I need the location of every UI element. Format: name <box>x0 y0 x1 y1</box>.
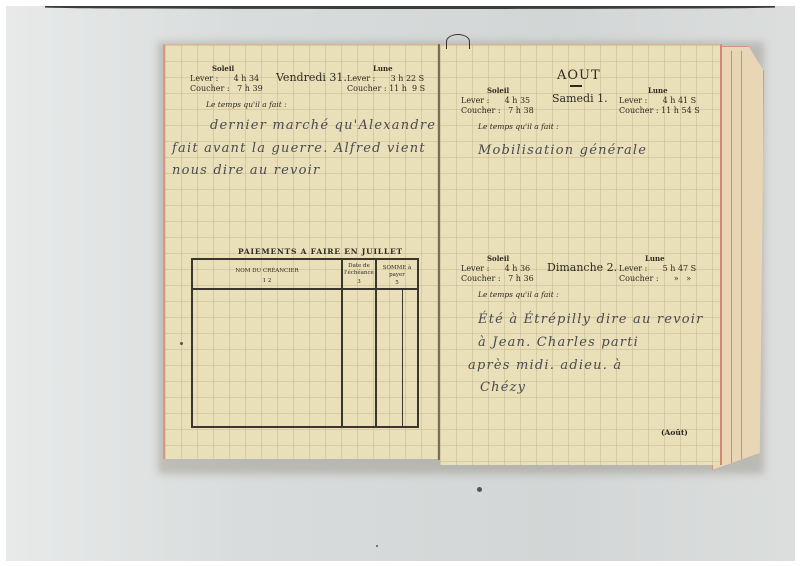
month-rule <box>570 85 582 87</box>
scanner-edge <box>45 6 775 9</box>
column-divider <box>402 288 403 426</box>
column-header-somme: SOMME à payer <box>377 265 417 279</box>
lune-lever: Lever : 4 h 41 S <box>619 96 696 105</box>
soleil-coucher: Coucher : 7 h 38 <box>461 106 534 115</box>
soleil-label: Soleil <box>487 254 509 263</box>
month-title: AOUT <box>557 68 601 83</box>
day-title: Dimanche 2. <box>547 261 617 274</box>
lune-coucher: Coucher : » » <box>619 274 691 283</box>
lune-coucher: Coucher : 11 h 9 S <box>347 84 425 93</box>
column-subnumber: 3 <box>343 279 375 286</box>
soleil-label: Soleil <box>487 86 509 95</box>
table-header-rule <box>193 288 417 290</box>
handwriting-line: Été à Étrépilly dire au revoir <box>478 312 704 327</box>
lune-lever: Lever : 5 h 47 S <box>619 264 696 273</box>
soleil-lever: Lever : 4 h 35 <box>461 96 530 105</box>
soleil-label: Soleil <box>212 64 234 73</box>
column-subnumber: 1 2 <box>193 278 341 285</box>
handwriting-line: après midi. adieu. à <box>468 358 622 373</box>
dust-speck <box>180 342 183 345</box>
day-title: Vendredi 31. <box>276 71 347 84</box>
soleil-coucher: Coucher : 7 h 36 <box>461 274 534 283</box>
dust-speck <box>477 487 482 492</box>
handwriting-line: dernier marché qu'Alexandre <box>210 118 436 133</box>
soleil-coucher: Coucher : 7 h 39 <box>190 84 263 93</box>
column-subnumber: 5 <box>377 280 417 287</box>
handwriting-line: à Jean. Charles parti <box>478 335 639 350</box>
weather-prompt: Le temps qu'il a fait : <box>206 100 287 109</box>
lune-coucher: Coucher : 11 h 54 S <box>619 106 700 115</box>
day-title: Samedi 1. <box>552 92 608 105</box>
column-header-echeance: Date de l'échéance <box>343 263 375 277</box>
lune-label: Lune <box>648 86 668 95</box>
handwriting-line: Chézy <box>480 380 526 395</box>
lune-label: Lune <box>373 64 393 73</box>
page-footer: (Août) <box>661 428 688 437</box>
payments-table-title: PAIEMENTS A FAIRE EN JUILLET <box>238 247 403 256</box>
lune-label: Lune <box>645 254 665 263</box>
binding-ring-icon <box>446 34 470 49</box>
handwriting-line: nous dire au revoir <box>172 163 320 178</box>
soleil-lever: Lever : 4 h 36 <box>461 264 530 273</box>
column-header-creancier: NOM DU CRÉANCIER <box>193 268 341 275</box>
dust-speck <box>376 545 378 547</box>
handwriting-line: Mobilisation générale <box>478 143 647 158</box>
book-gutter <box>438 44 440 460</box>
payments-table: NOM DU CRÉANCIER 1 2 Date de l'échéance … <box>191 258 419 428</box>
weather-prompt: Le temps qu'il a fait : <box>478 290 559 299</box>
lune-lever: Lever : 3 h 22 S <box>347 74 424 83</box>
handwriting-line: fait avant la guerre. Alfred vient <box>172 141 426 156</box>
weather-prompt: Le temps qu'il a fait : <box>478 122 559 131</box>
soleil-lever: Lever : 4 h 34 <box>190 74 259 83</box>
